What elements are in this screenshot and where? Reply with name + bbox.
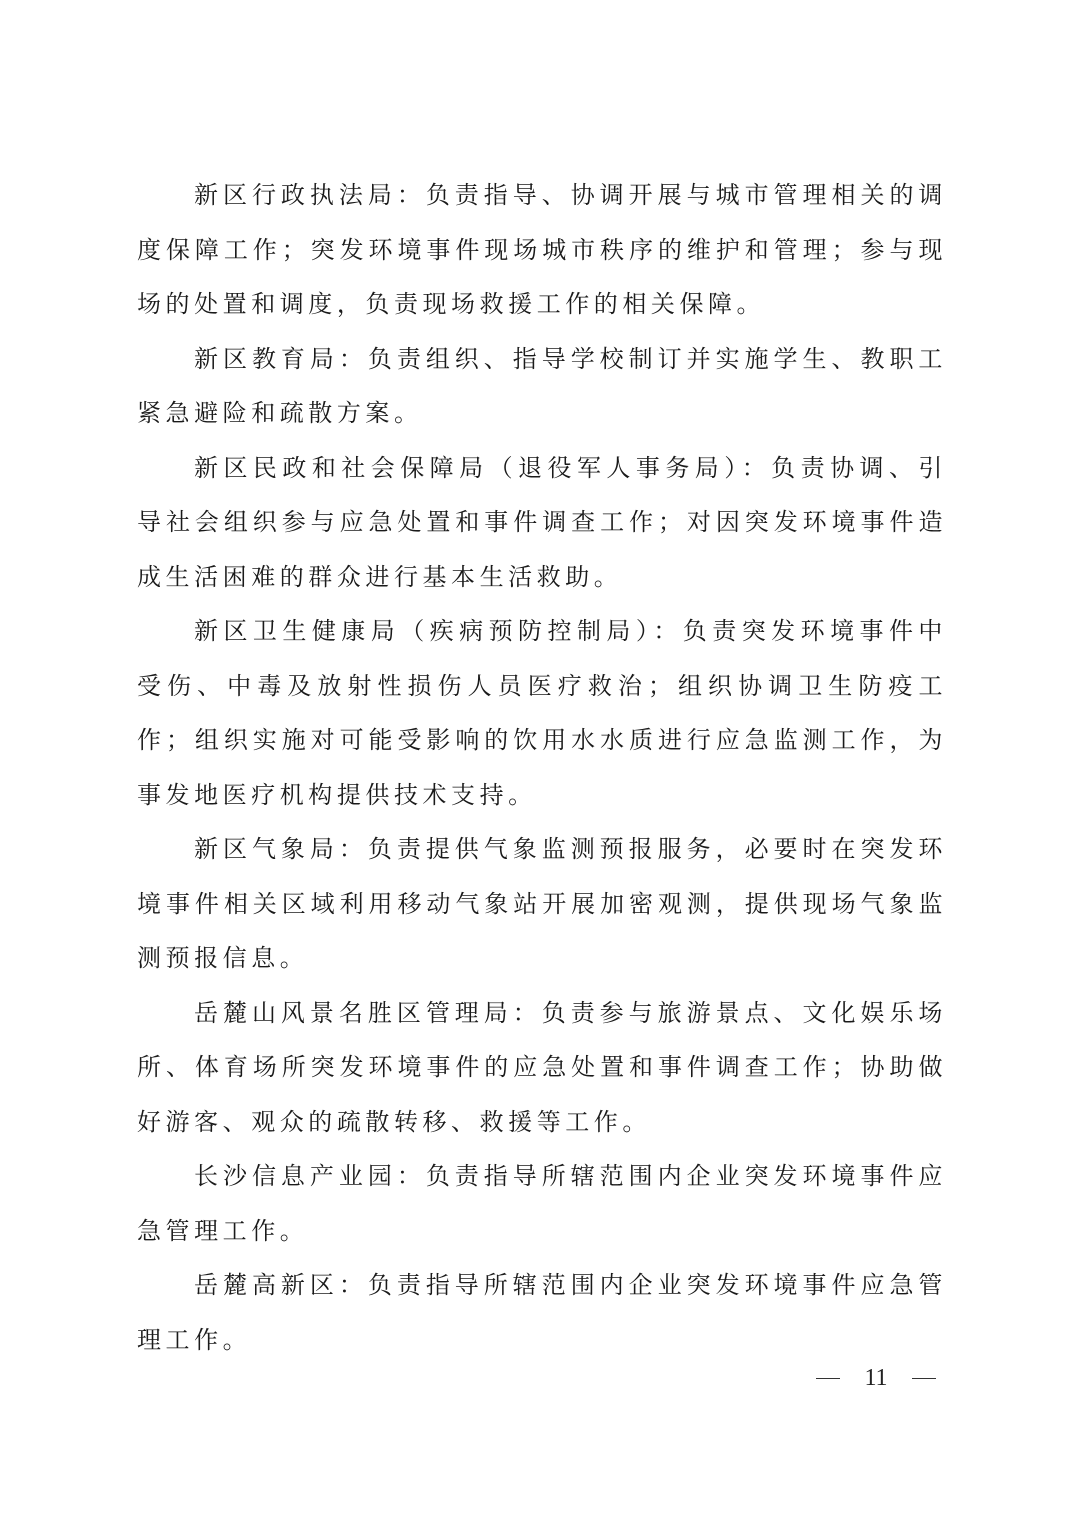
paragraph-health-bureau: 新区卫生健康局（疾病预防控制局）：负责突发环境事件中受伤、中毒及放射性损伤人员医… <box>137 604 947 822</box>
paragraph-changsha-info-industry-park: 长沙信息产业园：负责指导所辖范围内企业突发环境事件应急管理工作。 <box>137 1149 947 1258</box>
paragraph-education-bureau: 新区教育局：负责组织、指导学校制订并实施学生、教职工紧急避险和疏散方案。 <box>137 332 947 441</box>
page-number-footer: 11 <box>816 1365 936 1392</box>
paragraph-meteorological-bureau: 新区气象局：负责提供气象监测预报服务，必要时在突发环境事件相关区域利用移动气象站… <box>137 822 947 986</box>
paragraph-civil-affairs-bureau: 新区民政和社会保障局（退役军人事务局）：负责协调、引导社会组织参与应急处置和事件… <box>137 441 947 605</box>
page-number: 11 <box>864 1365 887 1392</box>
paragraph-administrative-enforcement-bureau: 新区行政执法局：负责指导、协调开展与城市管理相关的调度保障工作；突发环境事件现场… <box>137 168 947 332</box>
left-dash-decoration <box>816 1378 840 1379</box>
document-page: 新区行政执法局：负责指导、协调开展与城市管理相关的调度保障工作；突发环境事件现场… <box>137 168 947 1367</box>
paragraph-yuelu-hi-tech-zone: 岳麓高新区：负责指导所辖范围内企业突发环境事件应急管理工作。 <box>137 1258 947 1367</box>
paragraph-yuelu-scenic-area-bureau: 岳麓山风景名胜区管理局：负责参与旅游景点、文化娱乐场所、体育场所突发环境事件的应… <box>137 986 947 1150</box>
right-dash-decoration <box>912 1378 936 1379</box>
